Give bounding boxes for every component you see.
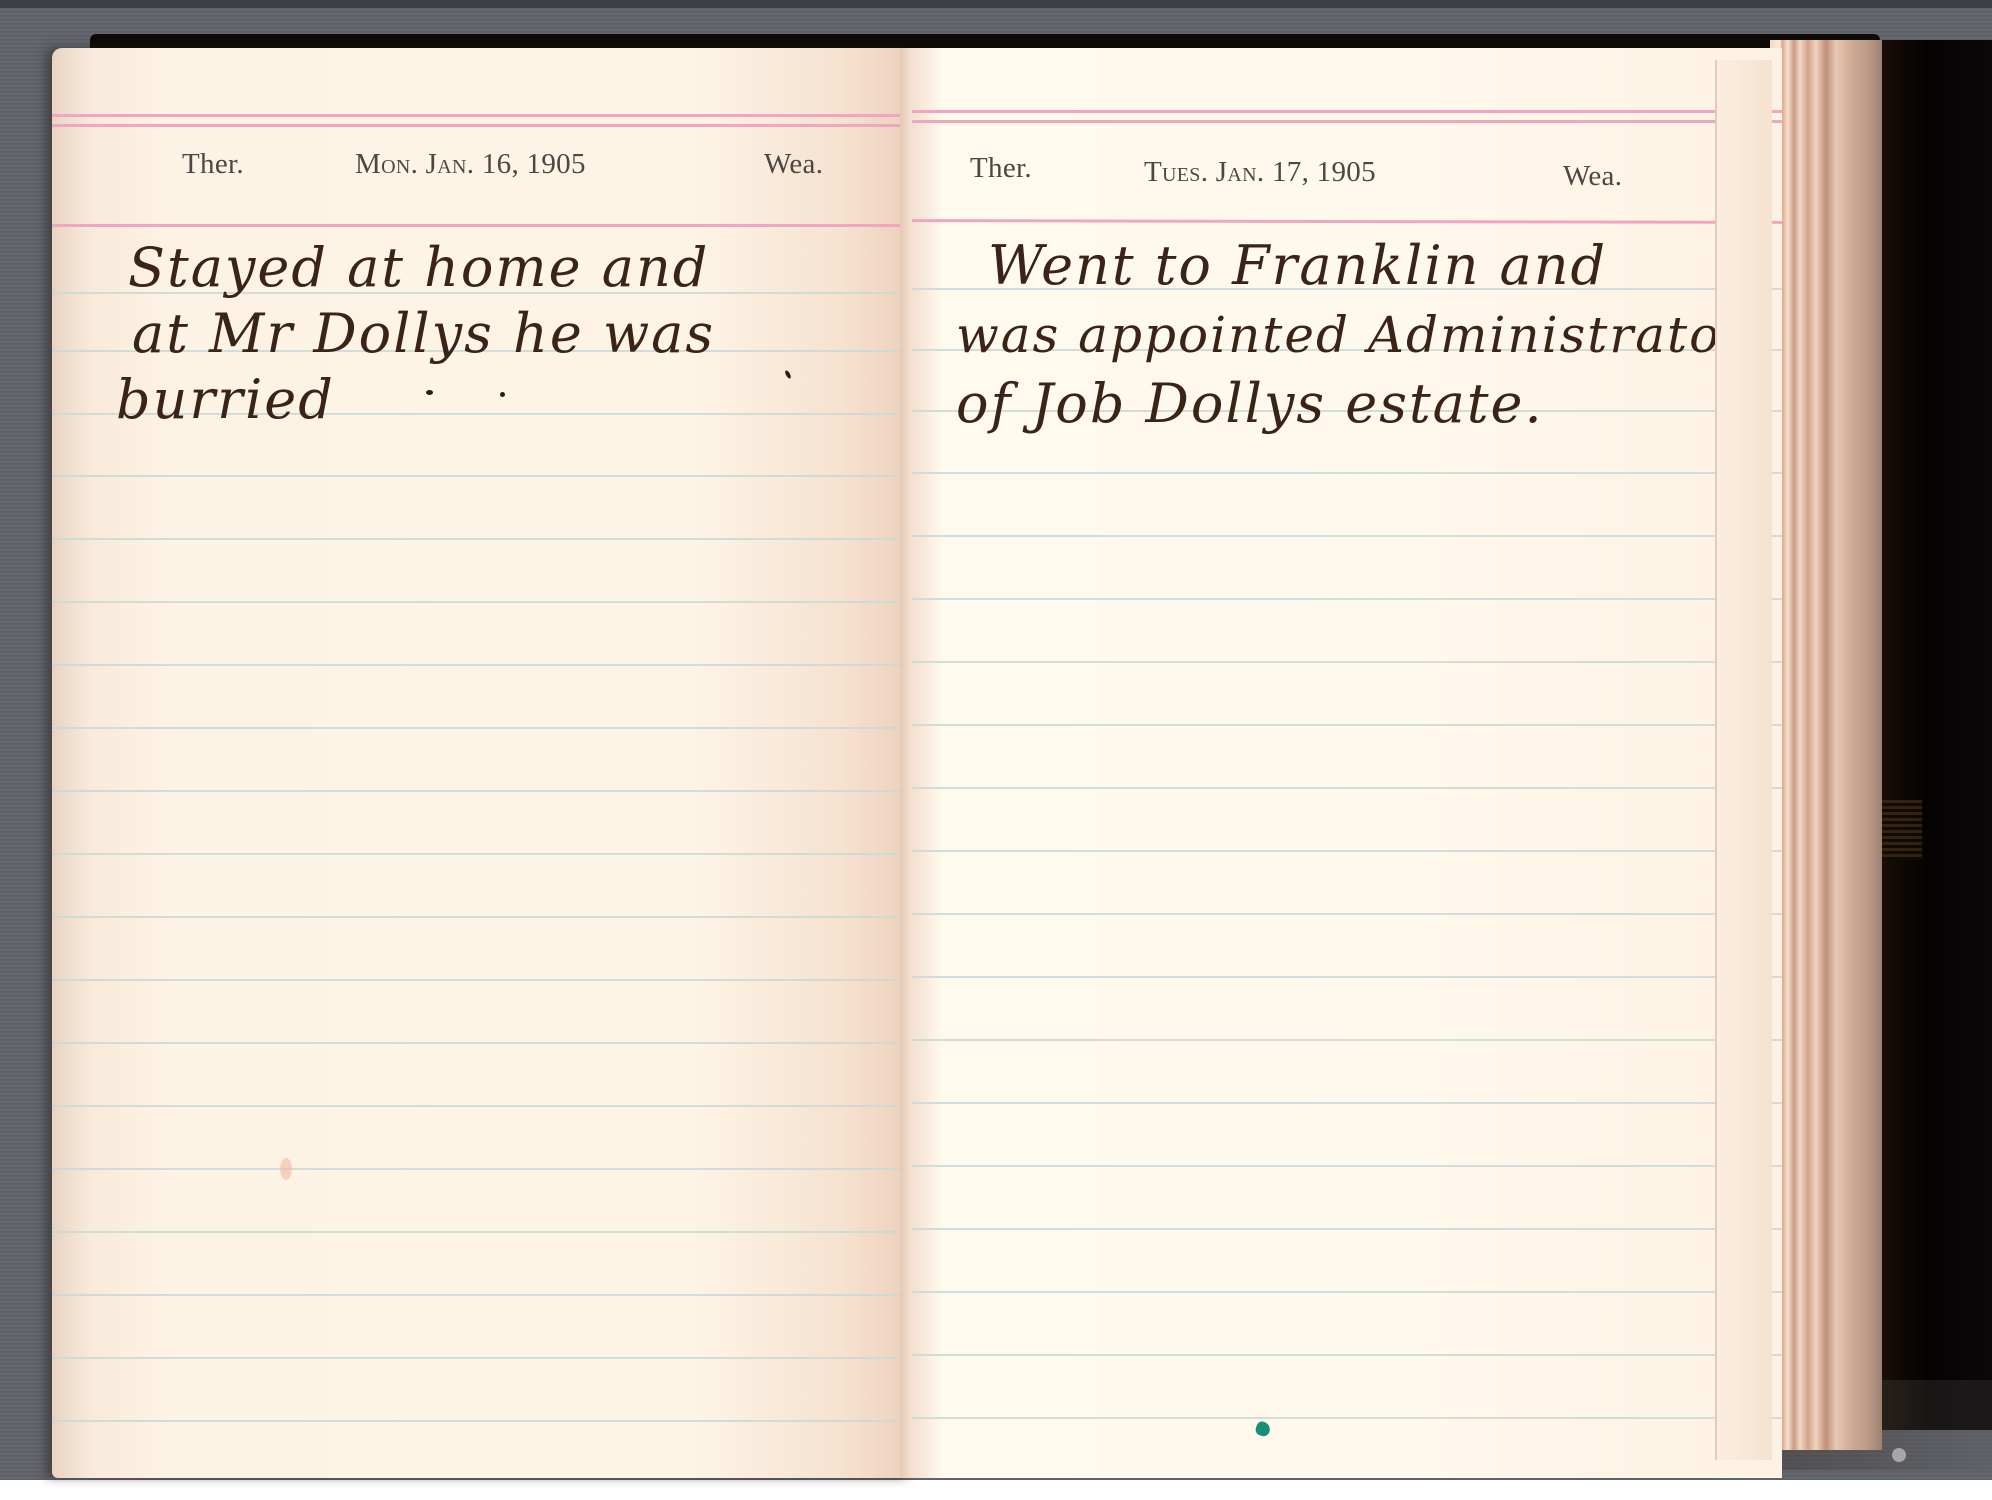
right-page: Ther. Tues. Jan. 17, 1905 Wea. Went to F… bbox=[912, 48, 1782, 1478]
scanner-edge bbox=[0, 0, 1992, 8]
header-rule bbox=[52, 224, 912, 227]
left-page-header: Ther. Mon. Jan. 16, 1905 Wea. bbox=[52, 148, 912, 198]
top-double-rule-1 bbox=[52, 114, 912, 117]
entry-line: burried bbox=[116, 368, 335, 431]
ruled-line bbox=[52, 979, 912, 981]
ink-speck bbox=[426, 390, 433, 395]
page-date: Mon. Jan. 16, 1905 bbox=[355, 148, 586, 181]
ruled-line bbox=[52, 1168, 912, 1170]
ruled-line bbox=[912, 1291, 1782, 1293]
ink-speck bbox=[784, 370, 792, 380]
ruled-line bbox=[912, 913, 1782, 915]
ruled-line bbox=[912, 787, 1782, 789]
ruled-line bbox=[52, 1294, 912, 1296]
entry-line: at Mr Dollys he was bbox=[132, 302, 715, 365]
ruled-line bbox=[52, 853, 912, 855]
ruled-line bbox=[52, 664, 912, 666]
ruled-line bbox=[912, 598, 1782, 600]
ruled-line bbox=[912, 1354, 1782, 1356]
ruled-line bbox=[912, 850, 1782, 852]
ruled-line bbox=[912, 472, 1782, 474]
ruled-line bbox=[52, 601, 912, 603]
top-double-rule-2 bbox=[912, 120, 1782, 123]
ruled-line bbox=[912, 535, 1782, 537]
ruled-line bbox=[52, 538, 912, 540]
paper-stain bbox=[280, 1158, 292, 1180]
ruled-line bbox=[52, 727, 912, 729]
entry-line: Went to Franklin and bbox=[988, 234, 1607, 297]
ruled-line bbox=[52, 1357, 912, 1359]
right-page-header: Ther. Tues. Jan. 17, 1905 Wea. bbox=[912, 152, 1782, 202]
ruled-line bbox=[912, 661, 1782, 663]
top-double-rule-2 bbox=[52, 124, 912, 127]
ruled-line bbox=[52, 475, 912, 477]
thermometer-label: Ther. bbox=[970, 152, 1032, 185]
ruled-line bbox=[52, 1420, 912, 1422]
page-edge-flap bbox=[1715, 60, 1772, 1460]
ruled-line bbox=[52, 1042, 912, 1044]
header-rule bbox=[912, 219, 1782, 224]
ruled-line bbox=[912, 1228, 1782, 1230]
book-cover-right bbox=[1880, 40, 1992, 1430]
left-page: Ther. Mon. Jan. 16, 1905 Wea. Stayed at … bbox=[52, 48, 912, 1478]
ruled-line bbox=[912, 976, 1782, 978]
page-stack bbox=[1770, 40, 1882, 1450]
cover-glint bbox=[1882, 800, 1922, 860]
entry-line: was appointed Administrator bbox=[956, 304, 1747, 367]
ruled-line bbox=[52, 1231, 912, 1233]
weather-label: Wea. bbox=[1563, 160, 1622, 193]
ruled-line bbox=[52, 1105, 912, 1107]
page-date: Tues. Jan. 17, 1905 bbox=[1144, 156, 1376, 189]
ruled-line bbox=[52, 790, 912, 792]
entry-line: of Job Dollys estate. bbox=[956, 372, 1544, 435]
thermometer-label: Ther. bbox=[182, 148, 244, 181]
ruled-line bbox=[912, 1165, 1782, 1167]
weather-label: Wea. bbox=[764, 148, 823, 181]
top-double-rule-1 bbox=[912, 110, 1782, 113]
ruled-line bbox=[912, 724, 1782, 726]
ruled-line bbox=[52, 916, 912, 918]
ink-speck bbox=[500, 392, 505, 397]
entry-line: Stayed at home and bbox=[128, 236, 709, 299]
ruled-line bbox=[912, 1102, 1782, 1104]
ruled-line bbox=[912, 1039, 1782, 1041]
ruled-line bbox=[912, 1417, 1782, 1419]
